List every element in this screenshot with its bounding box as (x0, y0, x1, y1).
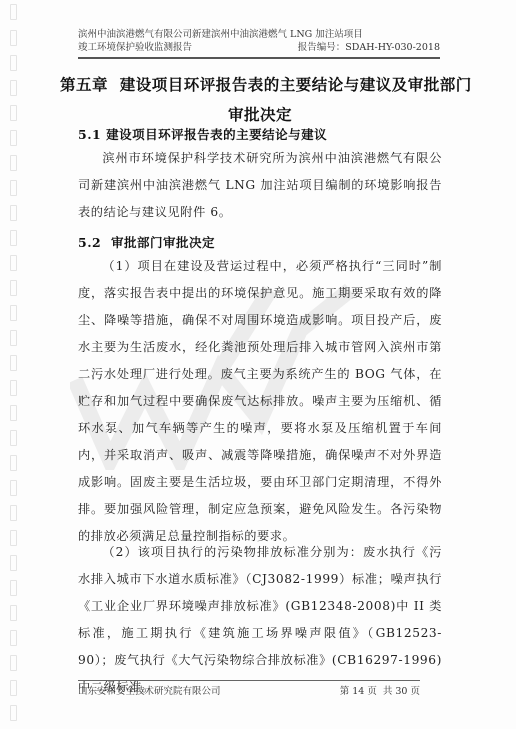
footer-divider (78, 680, 420, 681)
section-heading-5-1: 5.1 建设项目环评报告表的主要结论与建议 (78, 125, 327, 143)
binding-hole-icon (10, 180, 17, 196)
header-project-line: 滨州中油滨港燃气有限公司新建滨州中油滨港燃气 LNG 加注站项目 (78, 28, 440, 41)
binding-hole-icon (10, 305, 17, 321)
binding-hole-icon (10, 430, 17, 446)
binding-hole-icon (10, 55, 17, 71)
binding-hole-icon (10, 580, 17, 596)
binding-hole-icon (10, 4, 17, 20)
footer-page-number: 第 14 页 共 30 页 (340, 683, 420, 697)
footer-company: 山东安和安全技术研究院有限公司 (78, 683, 221, 697)
binding-hole-icon (10, 355, 17, 371)
section-5-2-paragraph-2: （2）该项目执行的污染物排放标准分别为：废水执行《污水排入城市下水道水质标准》（… (78, 539, 442, 701)
binding-hole-icon (10, 80, 17, 96)
binding-hole-icon (10, 30, 17, 46)
binding-hole-icon (10, 655, 17, 671)
chapter-title-line-1: 第五章 建设项目环评报告表的主要结论与建议及审批部门 (60, 70, 460, 100)
section-heading-5-2: 5.2 审批部门审批决定 (78, 233, 215, 251)
binding-hole-marks (10, 0, 18, 729)
binding-hole-icon (10, 205, 17, 221)
page-header: 滨州中油滨港燃气有限公司新建滨州中油滨港燃气 LNG 加注站项目 竣工环境保护验… (78, 28, 440, 54)
binding-hole-icon (10, 130, 17, 146)
chapter-title: 第五章 建设项目环评报告表的主要结论与建议及审批部门 审批决定 (60, 70, 460, 130)
header-report-number: 报告编号：SDAH-HY-030-2018 (298, 41, 440, 54)
binding-hole-icon (10, 480, 17, 496)
binding-hole-icon (10, 705, 17, 721)
binding-hole-icon (10, 230, 17, 246)
binding-hole-icon (10, 605, 17, 621)
binding-hole-icon (10, 330, 17, 346)
section-5-1-paragraph: 滨州市环境保护科学技术研究所为滨州中油滨港燃气有限公司新建滨州中油滨港燃气 LN… (78, 145, 442, 226)
section-5-2-paragraph-1: （1）项目在建设及营运过程中，必须严格执行“三同时”制度，落实报告表中提出的环境… (78, 253, 442, 550)
header-divider (78, 57, 440, 59)
binding-hole-icon (10, 405, 17, 421)
binding-hole-icon (10, 155, 17, 171)
binding-hole-icon (10, 505, 17, 521)
binding-hole-icon (10, 280, 17, 296)
binding-hole-icon (10, 630, 17, 646)
binding-hole-icon (10, 380, 17, 396)
binding-hole-icon (10, 455, 17, 471)
binding-hole-icon (10, 105, 17, 121)
binding-hole-icon (10, 680, 17, 696)
page-footer: 山东安和安全技术研究院有限公司 第 14 页 共 30 页 (78, 683, 420, 697)
header-report-title: 竣工环境保护验收监测报告 (78, 41, 192, 54)
binding-hole-icon (10, 530, 17, 546)
binding-hole-icon (10, 555, 17, 571)
binding-hole-icon (10, 255, 17, 271)
document-page: 滨州中油滨港燃气有限公司新建滨州中油滨港燃气 LNG 加注站项目 竣工环境保护验… (0, 0, 516, 729)
